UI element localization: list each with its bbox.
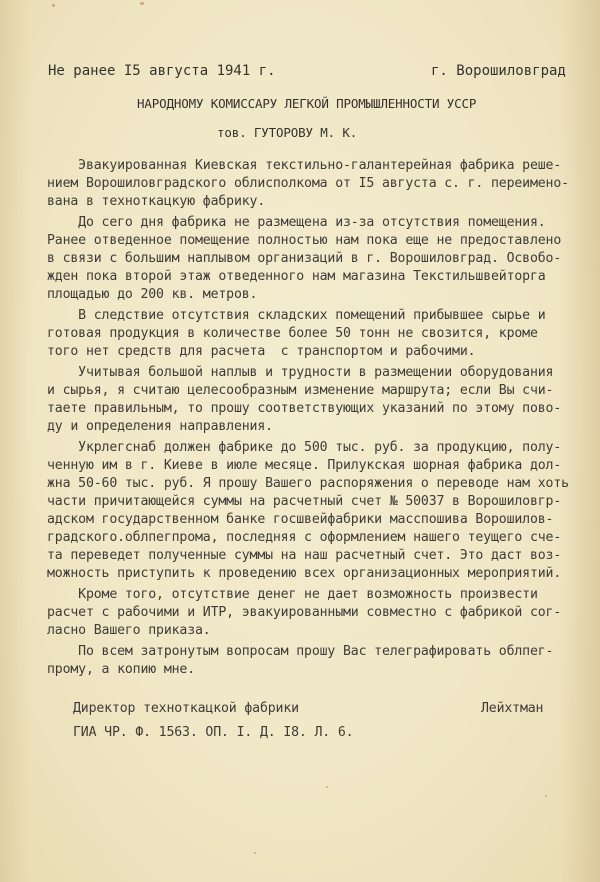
body-line: ченную им в г. Киеве в июле месяце. Прил…	[47, 457, 561, 475]
body-line: Кроме того, отсутствие денег не дает воз…	[47, 586, 538, 604]
paper-stain	[254, 852, 256, 854]
body-line: в связи с большим наплывом организаций в…	[47, 250, 561, 268]
body-line: площадью до 200 кв. метров.	[47, 286, 257, 304]
document-place: г. Ворошиловград	[431, 62, 566, 80]
addressee-name: тов. ГУТОРОВУ М. К.	[217, 124, 357, 142]
body-line: До сего дня фабрика не размещена из-за о…	[47, 214, 546, 232]
body-line: ду и определения направления.	[47, 418, 273, 436]
signature-name: Лейхтман	[481, 700, 543, 718]
body-line: того нет средств для расчета с транспорт…	[47, 343, 475, 361]
body-line: готовая продукция в количестве более 50 …	[47, 325, 538, 343]
paper-stain	[326, 786, 328, 788]
body-line: жна 50-60 тыс. руб. Я прошу Вашего распо…	[47, 475, 569, 493]
body-line: Ранее отведенное помещение полностью нам…	[47, 232, 561, 250]
body-line: градского.облпегпрома, последняя с оформ…	[47, 529, 561, 547]
body-line: вана в техноткацкую фабрику.	[47, 193, 265, 211]
body-line: нием Ворошиловградского облисполкома от …	[47, 175, 569, 193]
body-line: ласно Вашего приказа.	[47, 622, 211, 640]
paper-edge-shading	[560, 0, 600, 882]
body-line: и сырья, я считаю целесообразным изменен…	[47, 382, 553, 400]
body-line: можность приступить к проведению всех ор…	[47, 565, 561, 583]
document-page: Не ранее I5 августа 1941 г. г. Ворошилов…	[0, 0, 600, 882]
body-line: По всем затронутым вопросам прошу Вас те…	[47, 643, 553, 661]
body-line: адском государственном банке госшвейфабр…	[47, 511, 553, 529]
paper-stain	[545, 795, 547, 797]
body-line: Укрлегснаб должен фабрике до 500 тыс. ру…	[47, 439, 561, 457]
paper-stain	[140, 2, 144, 5]
body-line: та переведет полученные суммы на наш рас…	[47, 547, 561, 565]
body-line: части причитающейся суммы на расчетный с…	[47, 493, 561, 511]
document-date: Не ранее I5 августа 1941 г.	[48, 62, 276, 80]
paper-edge-shading	[0, 0, 30, 882]
addressee-title: НАРОДНОМУ КОМИССАРУ ЛЕГКОЙ ПРОМЫШЛЕННОСТ…	[137, 95, 476, 113]
archive-reference: ГИА ЧР. Ф. 1563. ОП. I. Д. I8. Л. 6.	[73, 724, 353, 742]
signature-title: Директор техноткацкой фабрики	[73, 700, 299, 718]
body-line: жден пока второй этаж отведенного нам ма…	[47, 268, 546, 286]
body-line: Учитывая большой наплыв и трудности в ра…	[47, 364, 553, 382]
body-line: таете правильным, то прошу соответствующ…	[47, 400, 561, 418]
body-line: расчет с рабочими и ИТР, эвакуированными…	[47, 604, 561, 622]
body-line: Эвакуированная Киевская текстильно-галан…	[47, 157, 561, 175]
body-line: В следствие отсутствия складских помещен…	[47, 307, 546, 325]
paper-stain	[52, 4, 55, 7]
body-line: прому, а копию мне.	[47, 661, 195, 679]
